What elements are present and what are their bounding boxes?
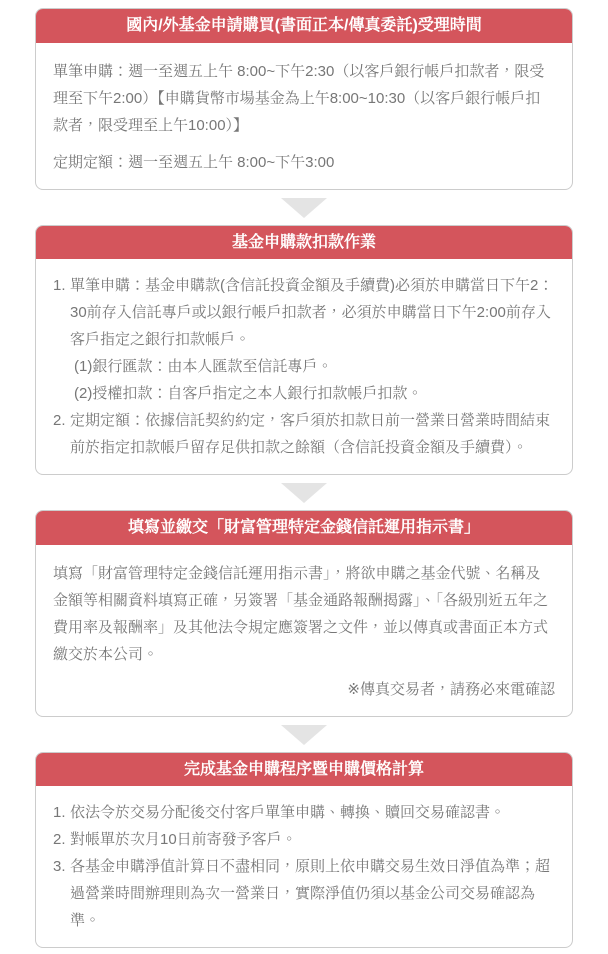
list-item: 單筆申購：基金申購款(含信託投資金額及手續費)必須於申購當日下午2：30前存入信… — [53, 272, 555, 407]
step-title: 基金申購款扣款作業 — [36, 226, 572, 260]
down-arrow-icon — [281, 725, 327, 745]
step-title: 填寫並繳交「財富管理特定金錢信託運用指示書」 — [36, 511, 572, 545]
list-item: 各基金申購淨值計算日不盡相同，原則上依申購交易生效日淨值為準；超過營業時間辦理則… — [53, 853, 555, 934]
list-item-text: 各基金申購淨值計算日不盡相同，原則上依申購交易生效日淨值為準；超過營業時間辦理則… — [70, 858, 550, 929]
step-body: 單筆申購：週一至週五上午 8:00~下午2:30（以客戶銀行帳戶扣款者，限受理至… — [36, 43, 572, 189]
list-item-text: 單筆申購：基金申購款(含信託投資金額及手續費)必須於申購當日下午2：30前存入信… — [70, 277, 553, 348]
down-arrow-icon — [281, 198, 327, 218]
list-item: 定期定額：依據信託契約約定，客戶須於扣款日前一營業日營業時間結束前於指定扣款帳戶… — [53, 407, 555, 461]
list-item-text: 對帳單於次月10日前寄發予客戶。 — [70, 831, 297, 848]
sub-list-item: (2)授權扣款：自客戶指定之本人銀行扣款帳戶扣款。 — [70, 380, 555, 407]
step-body: 填寫「財富管理特定金錢信託運用指示書」，將欲申購之基金代號、名稱及金額等相關資料… — [36, 545, 572, 716]
paragraph: 定期定額：週一至週五上午 8:00~下午3:00 — [53, 149, 555, 176]
fax-confirmation-note: ※傳真交易者，請務必來電確認 — [53, 676, 555, 703]
list-item: 對帳單於次月10日前寄發予客戶。 — [53, 826, 555, 853]
step-title: 完成基金申購程序暨申購價格計算 — [36, 753, 572, 787]
numbered-list: 依法令於交易分配後交付客戶單筆申購、轉換、贖回交易確認書。對帳單於次月10日前寄… — [53, 799, 555, 934]
list-item-text: 依法令於交易分配後交付客戶單筆申購、轉換、贖回交易確認書。 — [70, 804, 505, 821]
step-body: 單筆申購：基金申購款(含信託投資金額及手續費)必須於申購當日下午2：30前存入信… — [36, 259, 572, 474]
step-box-2: 基金申購款扣款作業單筆申購：基金申購款(含信託投資金額及手續費)必須於申購當日下… — [35, 225, 573, 476]
step-body: 依法令於交易分配後交付客戶單筆申購、轉換、贖回交易確認書。對帳單於次月10日前寄… — [36, 786, 572, 947]
list-item: 依法令於交易分配後交付客戶單筆申購、轉換、贖回交易確認書。 — [53, 799, 555, 826]
page: { "colors": { "header_bg": "#d4555c", "h… — [0, 8, 608, 948]
step-title: 國內/外基金申請購買(書面正本/傳真委託)受理時間 — [36, 9, 572, 43]
step-box-1: 國內/外基金申請購買(書面正本/傳真委託)受理時間單筆申購：週一至週五上午 8:… — [35, 8, 573, 190]
sub-list-item: (1)銀行匯款：由本人匯款至信託專戶。 — [70, 353, 555, 380]
step-box-3: 填寫並繳交「財富管理特定金錢信託運用指示書」填寫「財富管理特定金錢信託運用指示書… — [35, 510, 573, 717]
step-box-4: 完成基金申購程序暨申購價格計算依法令於交易分配後交付客戶單筆申購、轉換、贖回交易… — [35, 752, 573, 949]
fund-purchase-flow: 國內/外基金申請購買(書面正本/傳真委託)受理時間單筆申購：週一至週五上午 8:… — [35, 8, 573, 948]
list-item-text: 定期定額：依據信託契約約定，客戶須於扣款日前一營業日營業時間結束前於指定扣款帳戶… — [70, 412, 550, 456]
down-arrow-icon — [281, 483, 327, 503]
paragraph: 填寫「財富管理特定金錢信託運用指示書」，將欲申購之基金代號、名稱及金額等相關資料… — [53, 560, 555, 668]
paragraph: 單筆申購：週一至週五上午 8:00~下午2:30（以客戶銀行帳戶扣款者，限受理至… — [53, 58, 555, 139]
numbered-list: 單筆申購：基金申購款(含信託投資金額及手續費)必須於申購當日下午2：30前存入信… — [53, 272, 555, 461]
